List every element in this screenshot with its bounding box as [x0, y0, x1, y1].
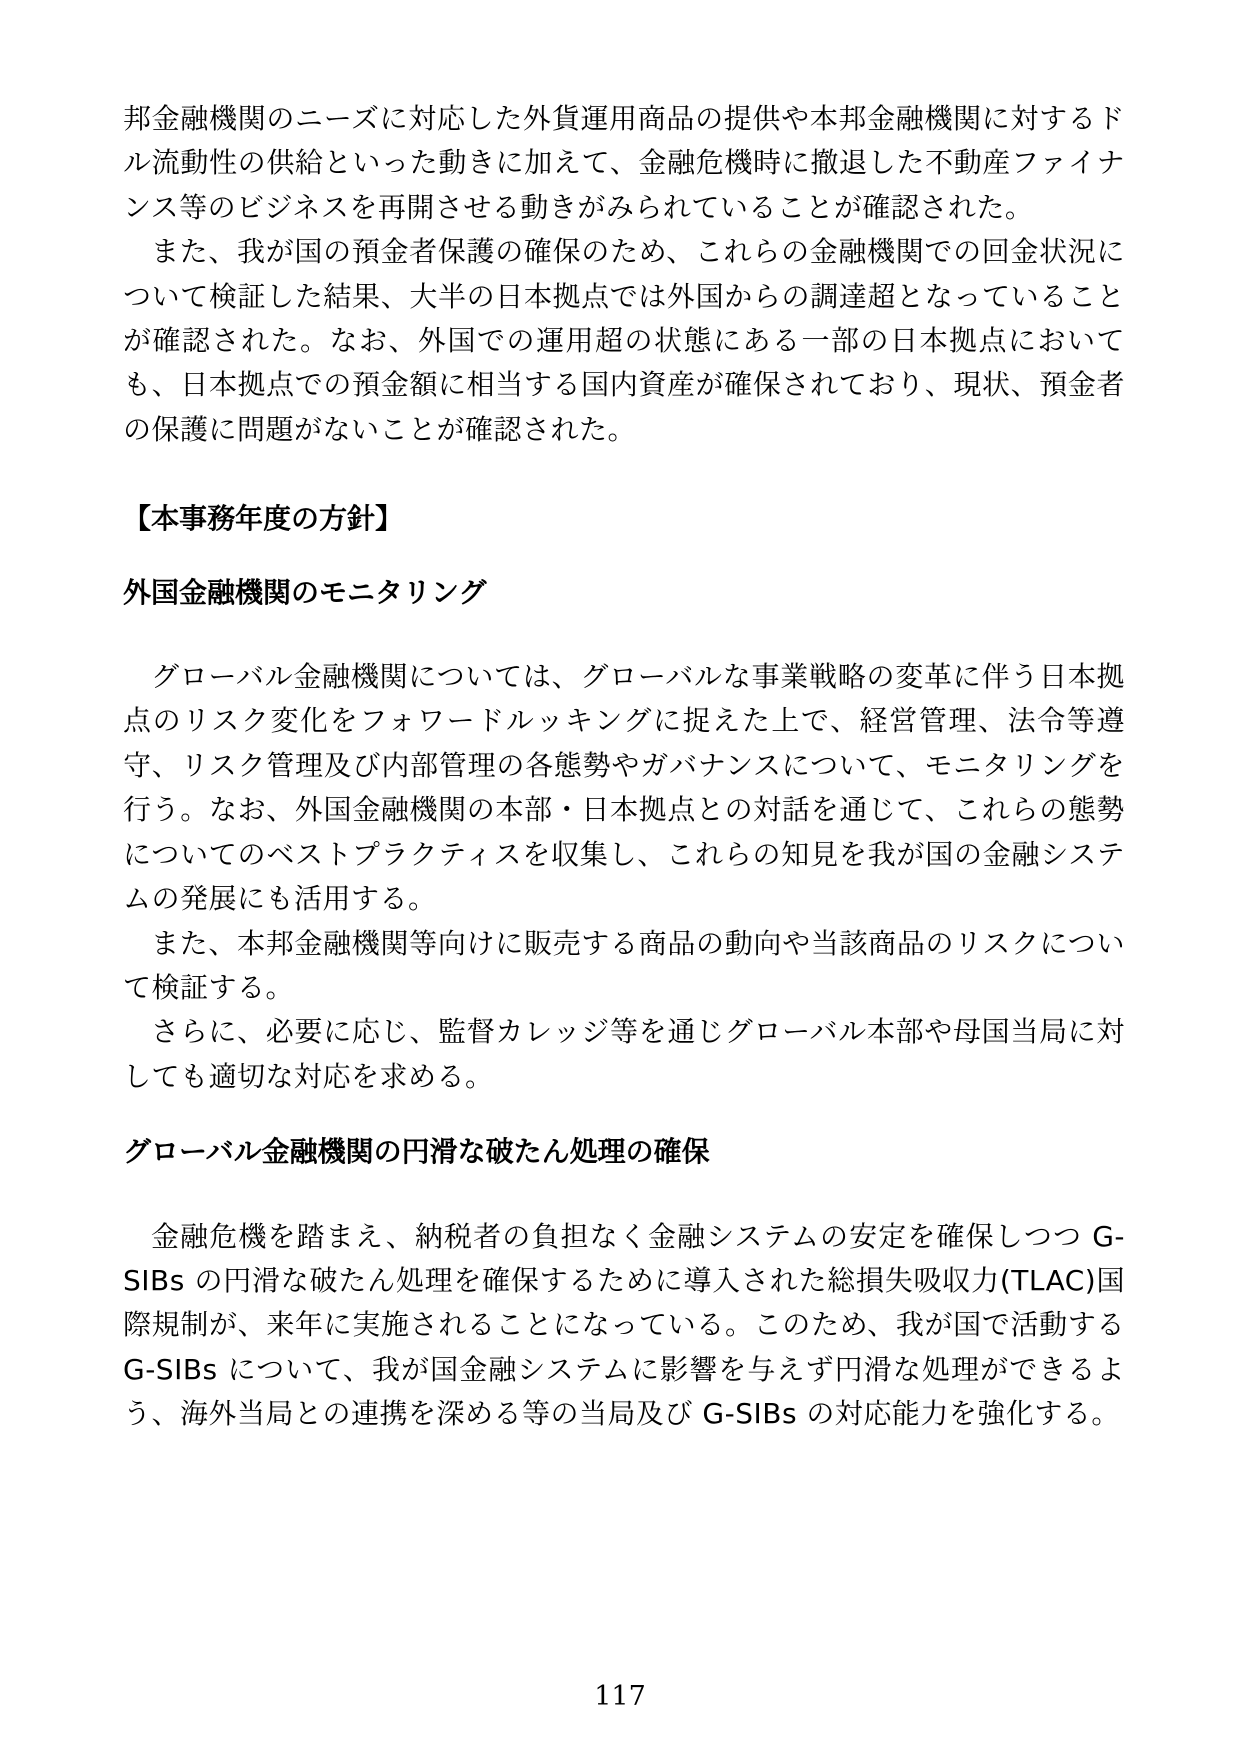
subheading-orderly-resolution: グローバル金融機関の円滑な破たん処理の確保	[123, 1130, 1125, 1174]
paragraph-continuation-foreign-currency: 邦金融機関のニーズに対応した外貨運用商品の提供や本邦金融機関に対するドル流動性の…	[123, 97, 1125, 230]
paragraph-global-monitoring: グローバル金融機関については、グローバルな事業戦略の変革に伴う日本拠点のリスク変…	[123, 655, 1125, 921]
page-number: 117	[0, 1680, 1240, 1714]
paragraph-depositor-protection: また、我が国の預金者保護の確保のため、これらの金融機関での回金状況について検証し…	[123, 230, 1125, 452]
paragraph-product-review: また、本邦金融機関等向けに販売する商品の動向や当該商品のリスクについて検証する。	[123, 922, 1125, 1011]
paragraph-gsibs-tlac: 金融危機を踏まえ、納税者の負担なく金融システムの安定を確保しつつ G-SIBs …	[123, 1215, 1125, 1437]
document-page: 邦金融機関のニーズに対応した外貨運用商品の提供や本邦金融機関に対するドル流動性の…	[0, 0, 1240, 1755]
section-heading-current-year-policy: 【本事務年度の方針】	[123, 497, 1125, 541]
paragraph-supervisory-colleges: さらに、必要に応じ、監督カレッジ等を通じグローバル本部や母国当局に対しても適切な…	[123, 1010, 1125, 1099]
subheading-foreign-financial-institution-monitoring: 外国金融機関のモニタリング	[123, 571, 1125, 615]
document-content: 邦金融機関のニーズに対応した外貨運用商品の提供や本邦金融機関に対するドル流動性の…	[123, 97, 1125, 1437]
